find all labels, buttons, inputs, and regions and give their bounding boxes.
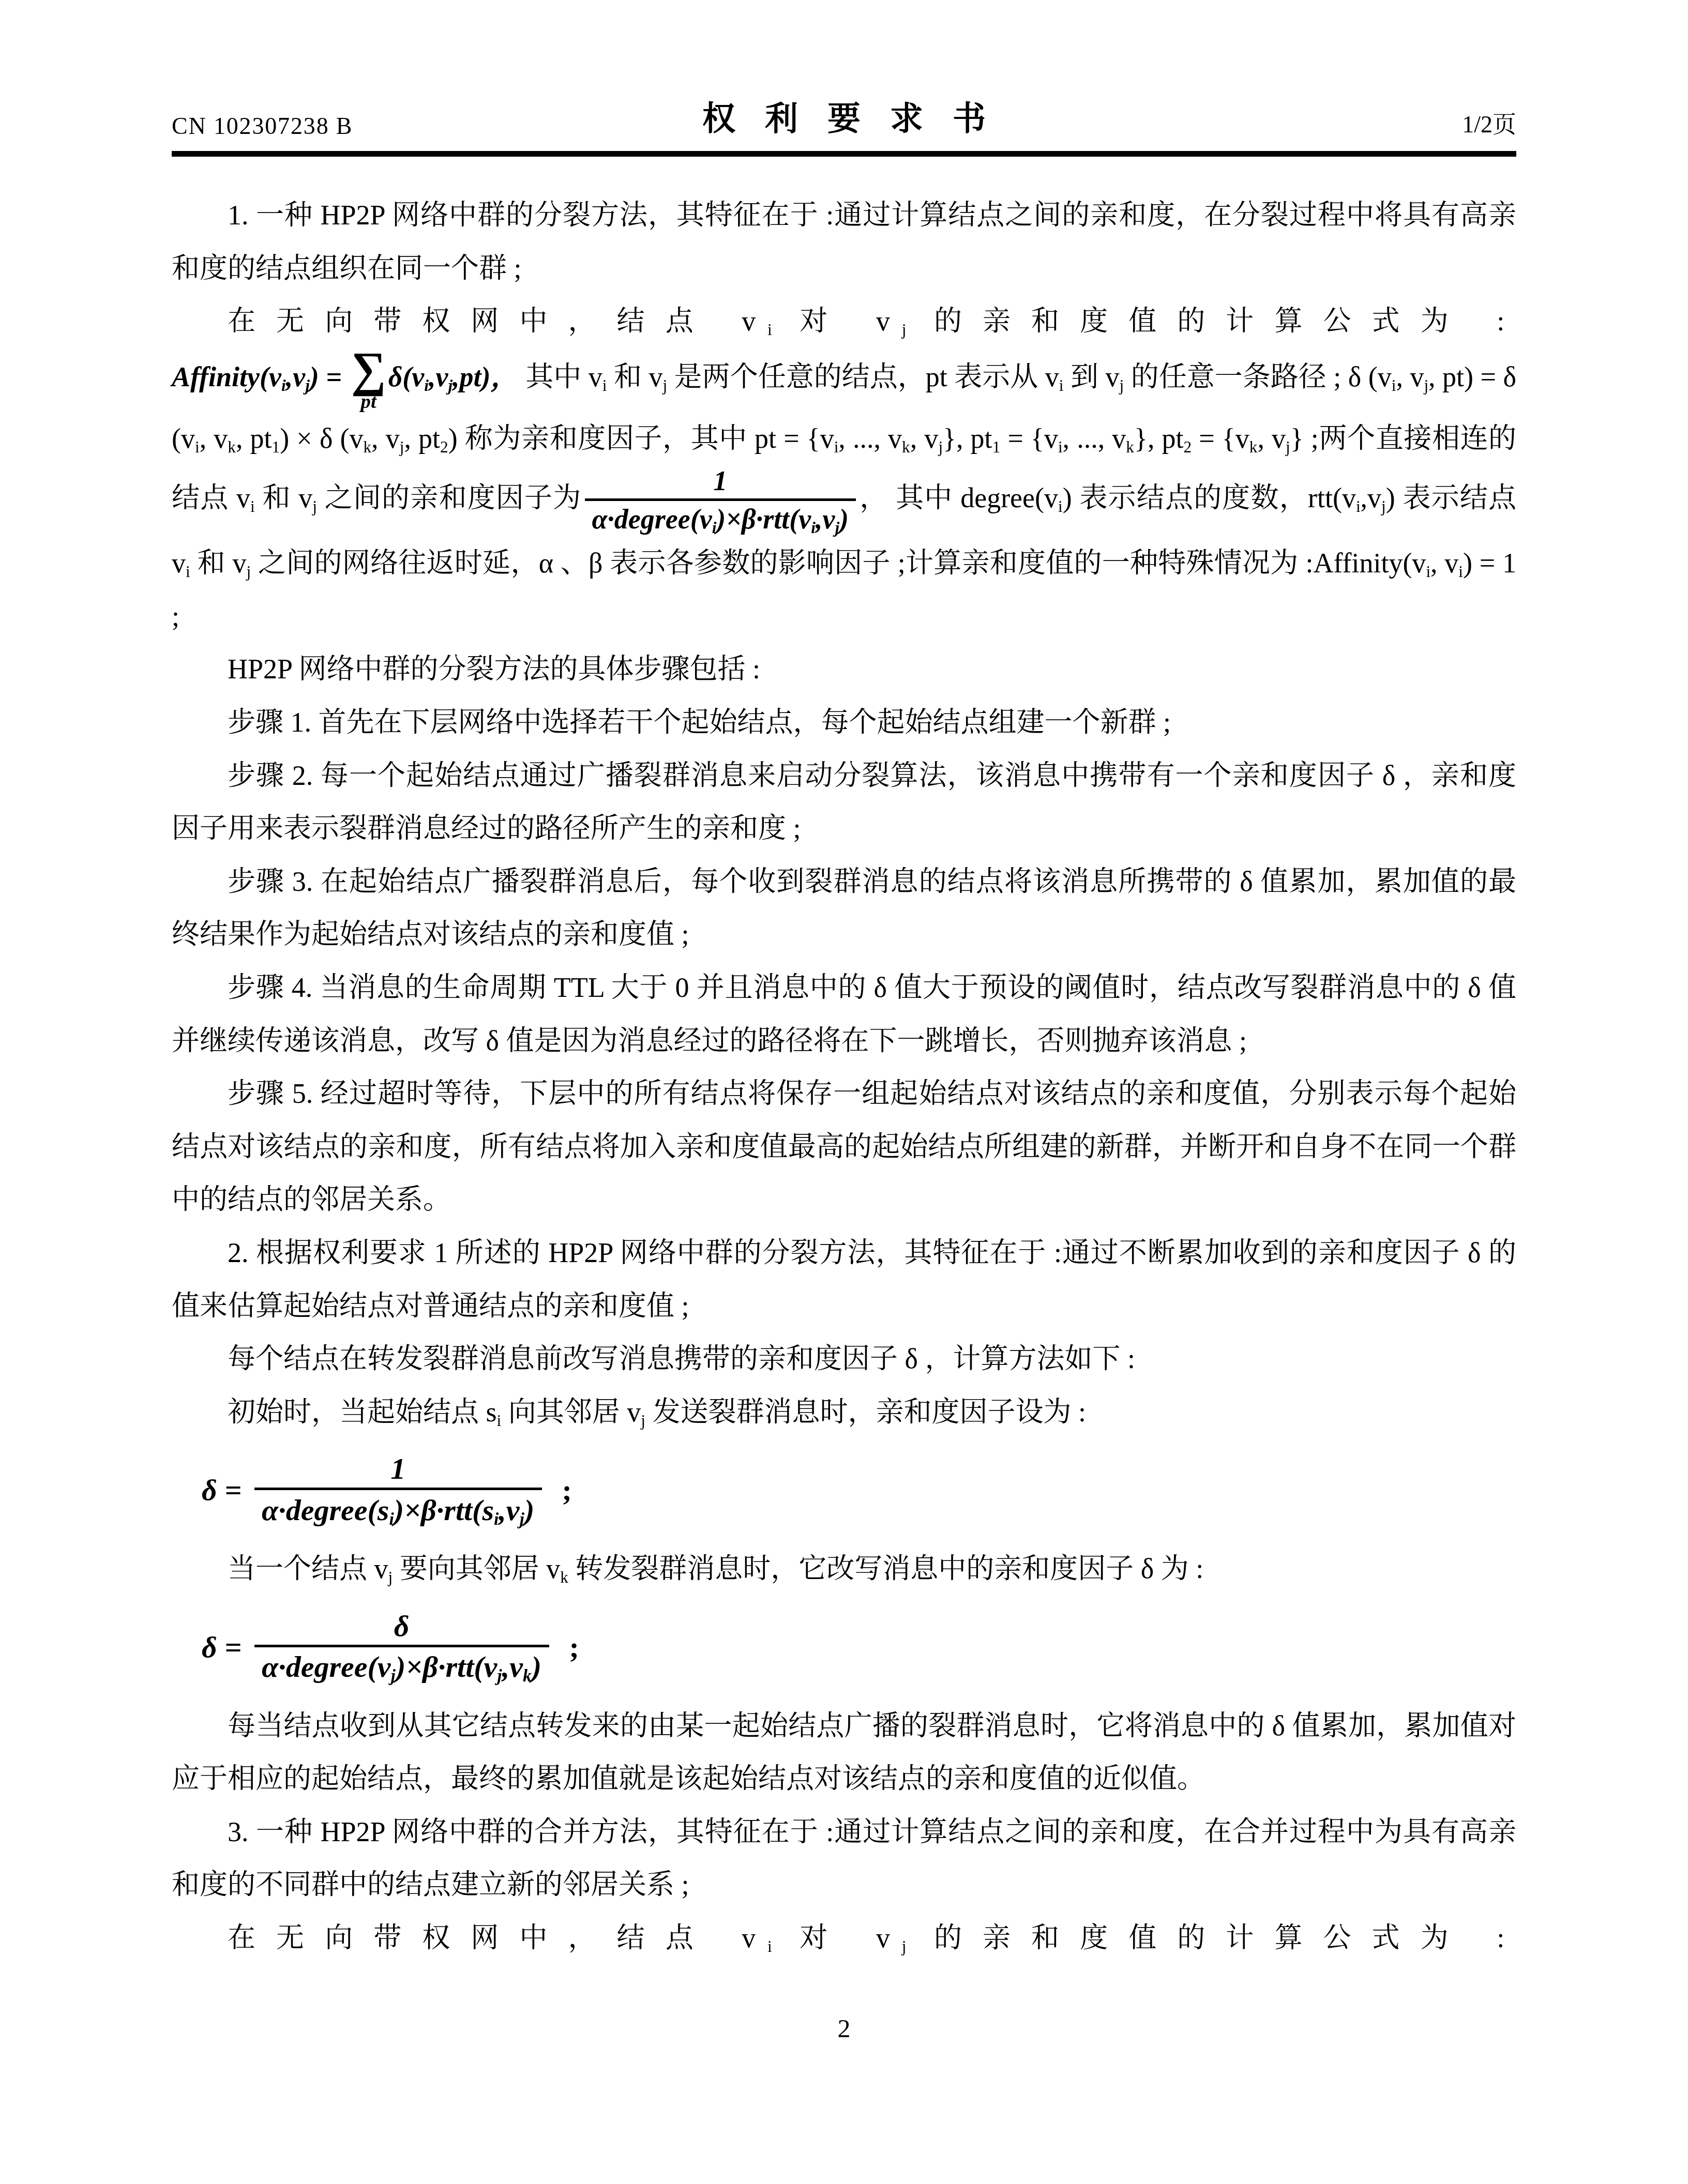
page-header: CN 102307238 B 权 利 要 求 书 1/2页 [172, 92, 1516, 140]
formula-terminator: ; [562, 1629, 579, 1666]
page-footer: 2 [0, 2013, 1688, 2043]
affinity-formula-lhs: Affinity(vi,vj) = [172, 361, 342, 392]
delta-initial-fraction: 1 α·degree(si)×β·rtt(si,vj) [254, 1452, 542, 1529]
claim-3-formula-lead: 在无向带权网中，结点 vi 对 vj 的亲和度值的计算公式为 : [172, 1912, 1516, 1965]
claim-1-step-3: 步骤 3. 在起始结点广播裂群消息后，每个收到裂群消息的结点将该消息所携带的 δ… [172, 855, 1516, 961]
fraction-denominator: α·degree(vj)×β·rtt(vj,vk) [254, 1645, 549, 1686]
fraction-numerator: 1 [254, 1452, 542, 1488]
claim-1-step-2: 步骤 2. 每一个起始结点通过广播裂群消息来启动分裂算法，该消息中携带有一个亲和… [172, 749, 1516, 855]
fraction-denominator: α·degree(vi)×β·rtt(vi,vj) [585, 498, 856, 537]
affinity-formula-rhs: δ(vi,vj,pt)， [388, 361, 519, 392]
formula-terminator: ; [554, 1472, 572, 1509]
delta-formula-lhs: δ = [202, 1629, 242, 1666]
sigma-glyph: ∑ [351, 348, 386, 392]
claim-1-step-4: 步骤 4. 当消息的生命周期 TTL 大于 0 并且消息中的 δ 值大于预设的阈… [172, 961, 1516, 1067]
delta-formula-lhs: δ = [202, 1472, 242, 1509]
inline-affinity-fraction: 1α·degree(vi)×β·rtt(vi,vj) [585, 465, 856, 537]
claim-2-forward-rule: 当一个结点 vj 要向其邻居 vk 转发裂群消息时，它改写消息中的亲和度因子 δ… [172, 1542, 1516, 1596]
claim-2-rewrite-rule: 每个结点在转发裂群消息前改写消息携带的亲和度因子 δ ，计算方法如下 : [172, 1332, 1516, 1386]
fraction-numerator: 1 [585, 465, 856, 498]
claim-1-intro: 1. 一种 HP2P 网络中群的分裂方法，其特征在于 :通过计算结点之间的亲和度… [172, 189, 1516, 295]
document-number: CN 102307238 B [172, 112, 353, 140]
claim-2-accumulate: 每当结点收到从其它结点转发来的由某一起始结点广播的裂群消息时，它将消息中的 δ … [172, 1700, 1516, 1806]
header-divider [172, 151, 1516, 157]
claim-1-formula-paragraph: Affinity(vi,vj) = ∑ptδ(vi,vj,pt)， 其中 vi … [172, 348, 1516, 643]
claim-2-intro: 2. 根据权利要求 1 所述的 HP2P 网络中群的分裂方法，其特征在于 :通过… [172, 1226, 1516, 1332]
page-title: 权 利 要 求 书 [702, 92, 996, 140]
summation-subscript: pt [361, 392, 376, 412]
claim-1-step-5: 步骤 5. 经过超时等待，下层中的所有结点将保存一组起始结点对该结点的亲和度值，… [172, 1067, 1516, 1226]
claim-1-formula-lead: 在无向带权网中，结点 vi 对 vj 的亲和度值的计算公式为 : [172, 295, 1516, 348]
page-indicator: 1/2页 [1462, 105, 1516, 140]
claim-1-step-1: 步骤 1. 首先在下层网络中选择若干个起始结点，每个起始结点组建一个新群 ; [172, 696, 1516, 749]
patent-claims-page: CN 102307238 B 权 利 要 求 书 1/2页 1. 一种 HP2P… [0, 0, 1688, 2184]
fraction-denominator: α·degree(si)×β·rtt(si,vj) [254, 1488, 542, 1529]
delta-forward-formula: δ = δ α·degree(vj)×β·rtt(vj,vk) ; [202, 1609, 1516, 1686]
summation-symbol: ∑pt [351, 348, 386, 412]
fraction-numerator: δ [254, 1609, 549, 1645]
claim-2-initial-condition: 初始时，当起始结点 si 向其邻居 vj 发送裂群消息时，亲和度因子设为 : [172, 1386, 1516, 1439]
delta-initial-formula: δ = 1 α·degree(si)×β·rtt(si,vj) ; [202, 1452, 1516, 1529]
claim-3-intro: 3. 一种 HP2P 网络中群的合并方法，其特征在于 :通过计算结点之间的亲和度… [172, 1806, 1516, 1912]
page-number: 2 [838, 2014, 851, 2043]
claim-1-steps-intro: HP2P 网络中群的分裂方法的具体步骤包括 : [172, 643, 1516, 696]
claims-body: 1. 一种 HP2P 网络中群的分裂方法，其特征在于 :通过计算结点之间的亲和度… [172, 189, 1516, 1964]
delta-forward-fraction: δ α·degree(vj)×β·rtt(vj,vk) [254, 1609, 549, 1686]
